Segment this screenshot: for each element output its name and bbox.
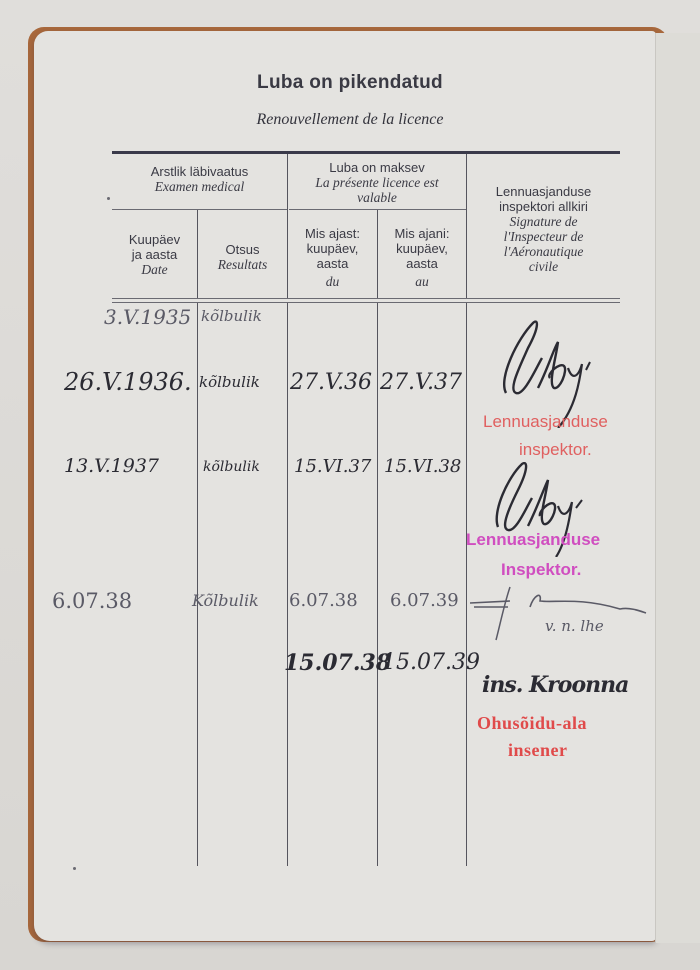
header-to-et-2: kuupäev, — [378, 241, 466, 256]
adjacent-page-edge — [655, 33, 700, 943]
header-from-et-2: kuupäev, — [288, 241, 377, 256]
row4-to: 6.07.39 — [390, 590, 459, 611]
header-date-et-2: ja aasta — [112, 247, 197, 262]
page-subtitle: Renouvellement de la licence — [0, 111, 700, 129]
header-signature-fr-3: l'Aéronautique — [467, 244, 620, 259]
row5-to: 15.07.39 — [382, 650, 480, 675]
header-medical-et: Arstlik läbivaatus — [112, 164, 287, 179]
row5-inspector-signature: ins. Kroonna — [482, 672, 628, 698]
header-inspector-signature: Lennuasjanduse inspektori allkiri Signat… — [467, 184, 620, 274]
row3-result: kõlbulik — [203, 459, 260, 475]
row4-from: 6.07.38 — [289, 590, 358, 611]
header-bottom-rule-2 — [112, 302, 620, 303]
header-result: Otsus Resultats — [198, 242, 287, 272]
header-bottom-rule-1 — [112, 298, 620, 299]
header-from-fr: du — [288, 274, 377, 289]
header-from-et-1: Mis ajast: — [288, 226, 377, 241]
row4-inspector-signature — [470, 585, 650, 645]
header-validity-et: Luba on maksev — [288, 160, 466, 175]
row2-stamp-line2: inspektor. — [519, 440, 592, 460]
row4-signature-note: v. n. lhe — [545, 617, 604, 635]
row5-stamp-line1: Ohusõidu-ala — [477, 713, 587, 734]
header-valid-from: Mis ajast: kuupäev, aasta du — [288, 226, 377, 289]
row1-date: 3.V.1935 — [104, 305, 191, 329]
header-signature-fr-2: l'Inspecteur de — [467, 229, 620, 244]
header-result-fr: Resultats — [198, 257, 287, 272]
header-validity-fr-2: valable — [288, 190, 466, 205]
header-valid-to: Mis ajani: kuupäev, aasta au — [378, 226, 466, 289]
page-title: Luba on pikendatud — [0, 72, 700, 94]
header-from-et-3: aasta — [288, 256, 377, 271]
header-date-fr: Date — [112, 262, 197, 277]
col-line-2 — [287, 303, 288, 866]
row4-result: Kõlbulik — [192, 591, 259, 610]
col-line-3 — [377, 303, 378, 866]
header-signature-fr-4: civile — [467, 259, 620, 274]
header-licence-valid: Luba on maksev La présente licence est v… — [288, 160, 466, 205]
row3-date: 13.V.1937 — [64, 455, 159, 477]
row3-to: 15.VI.38 — [384, 456, 461, 477]
header-medical-exam: Arstlik läbivaatus Examen medical — [112, 164, 287, 194]
paper-speck — [73, 867, 76, 870]
header-to-fr: au — [378, 274, 466, 289]
header-signature-fr-1: Signature de — [467, 214, 620, 229]
header-result-et: Otsus — [198, 242, 287, 257]
header-signature-et-2: inspektori allkiri — [467, 199, 620, 214]
row3-stamp-line2: Inspektor. — [501, 560, 581, 580]
row2-stamp-line1: Lennuasjanduse — [483, 412, 608, 432]
row2-result: kõlbulik — [199, 373, 260, 391]
medical-group-divider — [112, 209, 287, 210]
row5-stamp-line2: insener — [508, 740, 568, 761]
row2-date: 26.V.1936. — [64, 368, 192, 396]
row2-from: 27.V.36 — [290, 370, 372, 395]
header-date-et-1: Kuupäev — [112, 232, 197, 247]
row4-date: 6.07.38 — [52, 589, 132, 613]
row3-from: 15.VI.37 — [294, 456, 371, 477]
row1-result: kõlbulik — [201, 307, 262, 325]
paper-speck — [107, 197, 110, 200]
row3-stamp-line1: Lennuasjanduse — [466, 530, 600, 550]
table-top-rule — [112, 151, 620, 154]
header-to-et-1: Mis ajani: — [378, 226, 466, 241]
header-signature-et-1: Lennuasjanduse — [467, 184, 620, 199]
row2-to: 27.V.37 — [380, 370, 462, 395]
col-line-1 — [197, 303, 198, 866]
header-validity-fr-1: La présente licence est — [288, 175, 466, 190]
header-date: Kuupäev ja aasta Date — [112, 232, 197, 277]
col-line-4 — [466, 303, 467, 866]
header-to-et-3: aasta — [378, 256, 466, 271]
header-medical-fr: Examen medical — [112, 179, 287, 194]
row5-from: 15.07.38 — [284, 650, 391, 676]
